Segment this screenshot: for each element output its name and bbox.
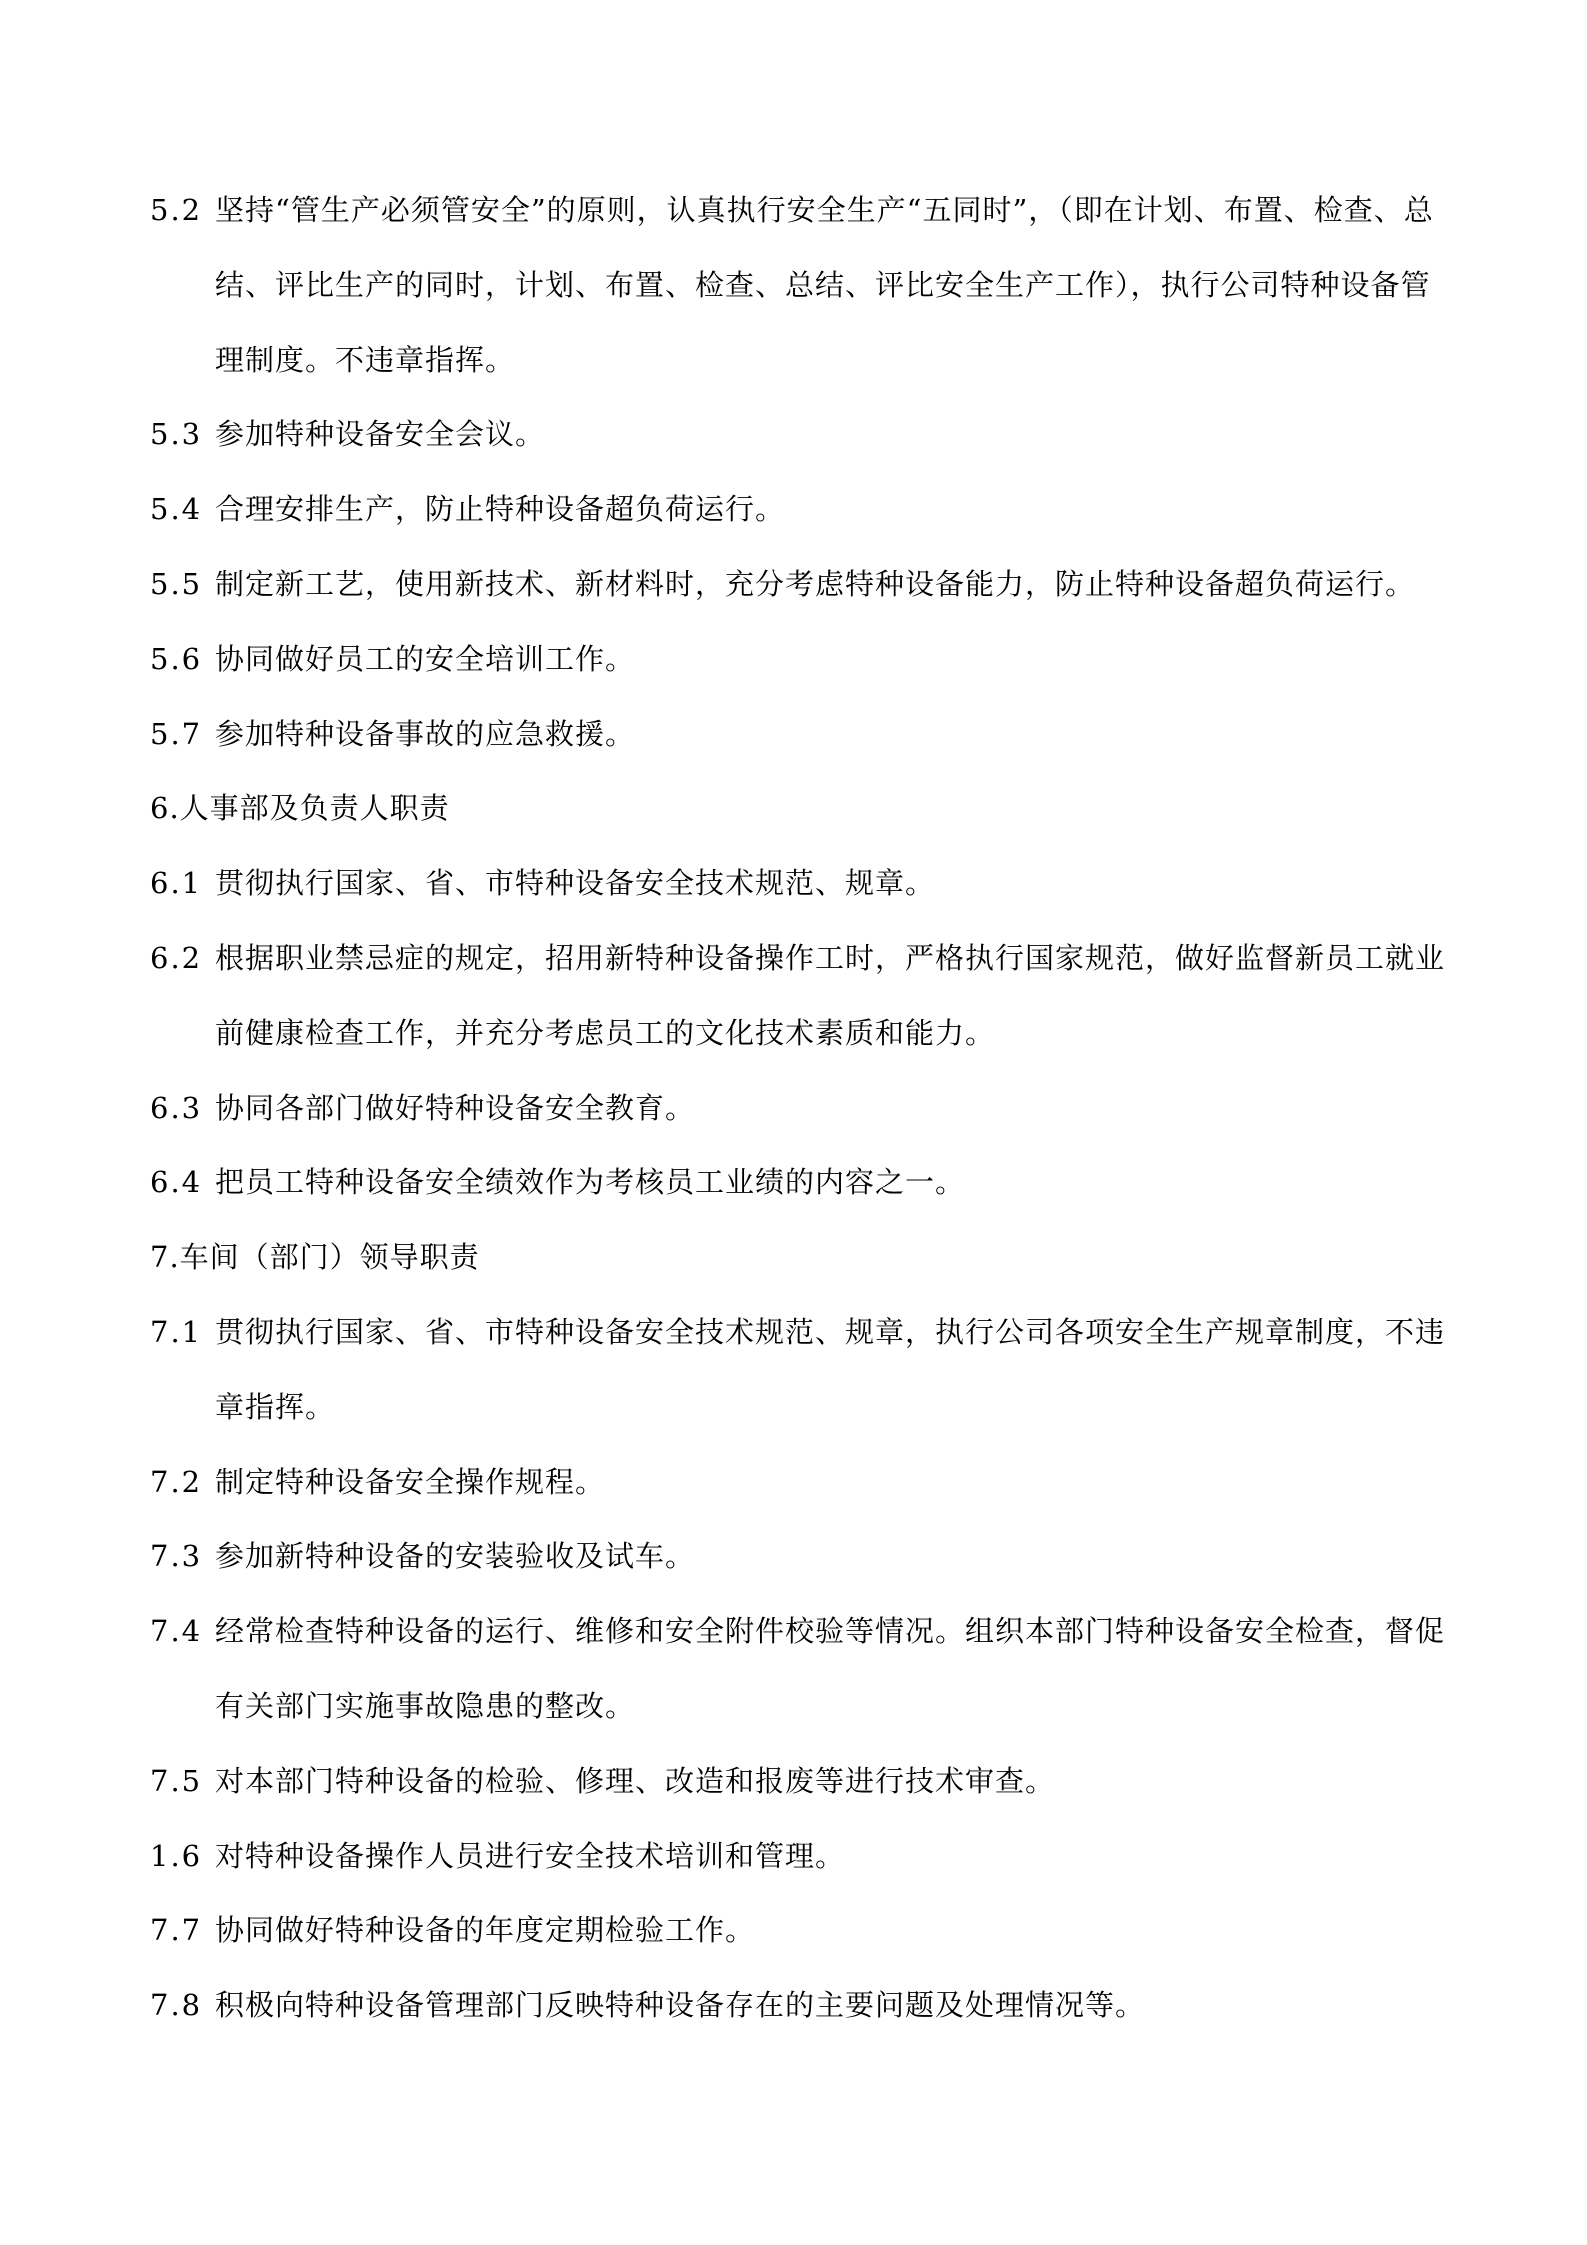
clause-text: 参加新特种设备的安装验收及试车。 — [215, 1519, 1450, 1594]
clause-number: 5.5 — [150, 547, 215, 622]
clause-text: 积极向特种设备管理部门反映特种设备存在的主要问题及处理情况等。 — [215, 1968, 1450, 2043]
clause-number: 5.2 — [150, 173, 215, 248]
clause-text: 参加特种设备事故的应急救援。 — [215, 697, 1450, 772]
clause-text: 把员工特种设备安全绩效作为考核员工业绩的内容之一。 — [215, 1145, 1450, 1220]
clause-text: 参加特种设备安全会议。 — [215, 397, 1450, 472]
clause-text: 合理安排生产，防止特种设备超负荷运行。 — [215, 472, 1450, 547]
clause-7-3: 7.3 参加新特种设备的安装验收及试车。 — [150, 1519, 1450, 1594]
clause-6-3: 6.3 协同各部门做好特种设备安全教育。 — [150, 1071, 1450, 1146]
clause-6-4: 6.4 把员工特种设备安全绩效作为考核员工业绩的内容之一。 — [150, 1145, 1450, 1220]
clause-number: 5.7 — [150, 697, 215, 772]
clause-5-2: 5.2 坚持“管生产必须管安全”的原则，认真执行安全生产“五同时”，（即在计划、… — [150, 173, 1450, 397]
clause-6-2: 6.2 根据职业禁忌症的规定，招用新特种设备操作工时，严格执行国家规范，做好监督… — [150, 921, 1450, 1071]
section-heading-6: 6.人事部及负责人职责 — [150, 771, 1450, 846]
clause-text: 根据职业禁忌症的规定，招用新特种设备操作工时，严格执行国家规范，做好监督新员工就… — [215, 921, 1450, 1071]
clause-text: 贯彻执行国家、省、市特种设备安全技术规范、规章。 — [215, 846, 1450, 921]
clause-7-4: 7.4 经常检查特种设备的运行、维修和安全附件校验等情况。组织本部门特种设备安全… — [150, 1594, 1450, 1744]
clause-7-5: 7.5 对本部门特种设备的检验、修理、改造和报废等进行技术审查。 — [150, 1744, 1450, 1819]
document-body: 5.2 坚持“管生产必须管安全”的原则，认真执行安全生产“五同时”，（即在计划、… — [150, 173, 1450, 2043]
clause-text: 协同做好员工的安全培训工作。 — [215, 622, 1450, 697]
clause-number: 5.3 — [150, 397, 215, 472]
clause-5-3: 5.3 参加特种设备安全会议。 — [150, 397, 1450, 472]
clause-5-5: 5.5 制定新工艺，使用新技术、新材料时，充分考虑特种设备能力，防止特种设备超负… — [150, 547, 1450, 622]
clause-7-2: 7.2 制定特种设备安全操作规程。 — [150, 1445, 1450, 1520]
clause-number: 5.6 — [150, 622, 215, 697]
document-page: 5.2 坚持“管生产必须管安全”的原则，认真执行安全生产“五同时”，（即在计划、… — [0, 0, 1587, 2245]
clause-text: 协同做好特种设备的年度定期检验工作。 — [215, 1893, 1450, 1968]
clause-number: 7.8 — [150, 1968, 215, 2043]
clause-5-4: 5.4 合理安排生产，防止特种设备超负荷运行。 — [150, 472, 1450, 547]
clause-text: 经常检查特种设备的运行、维修和安全附件校验等情况。组织本部门特种设备安全检查，督… — [215, 1594, 1450, 1744]
clause-number: 6.2 — [150, 921, 215, 996]
clause-text: 贯彻执行国家、省、市特种设备安全技术规范、规章，执行公司各项安全生产规章制度，不… — [215, 1295, 1450, 1445]
clause-text: 制定新工艺，使用新技术、新材料时，充分考虑特种设备能力，防止特种设备超负荷运行。 — [215, 547, 1450, 622]
clause-text: 制定特种设备安全操作规程。 — [215, 1445, 1450, 1520]
clause-number: 6.3 — [150, 1071, 215, 1146]
clause-7-8: 7.8 积极向特种设备管理部门反映特种设备存在的主要问题及处理情况等。 — [150, 1968, 1450, 2043]
clause-number: 7.5 — [150, 1744, 215, 1819]
clause-number: 7.3 — [150, 1519, 215, 1594]
clause-6-1: 6.1 贯彻执行国家、省、市特种设备安全技术规范、规章。 — [150, 846, 1450, 921]
clause-text: 对特种设备操作人员进行安全技术培训和管理。 — [215, 1819, 1450, 1894]
clause-5-6: 5.6 协同做好员工的安全培训工作。 — [150, 622, 1450, 697]
clause-5-7: 5.7 参加特种设备事故的应急救援。 — [150, 697, 1450, 772]
clause-number: 6.4 — [150, 1145, 215, 1220]
clause-number: 7.1 — [150, 1295, 215, 1370]
clause-7-1: 7.1 贯彻执行国家、省、市特种设备安全技术规范、规章，执行公司各项安全生产规章… — [150, 1295, 1450, 1445]
clause-7-7: 7.7 协同做好特种设备的年度定期检验工作。 — [150, 1893, 1450, 1968]
clause-number: 5.4 — [150, 472, 215, 547]
clause-text: 坚持“管生产必须管安全”的原则，认真执行安全生产“五同时”，（即在计划、布置、检… — [215, 173, 1450, 397]
clause-text: 协同各部门做好特种设备安全教育。 — [215, 1071, 1450, 1146]
clause-number: 6.1 — [150, 846, 215, 921]
section-heading-7: 7.车间（部门）领导职责 — [150, 1220, 1450, 1295]
clause-number: 7.4 — [150, 1594, 215, 1669]
clause-text: 对本部门特种设备的检验、修理、改造和报废等进行技术审查。 — [215, 1744, 1450, 1819]
clause-number: 7.7 — [150, 1893, 215, 1968]
clause-number: 7.2 — [150, 1445, 215, 1520]
clause-number: 1.6 — [150, 1819, 215, 1894]
clause-7-6: 1.6 对特种设备操作人员进行安全技术培训和管理。 — [150, 1819, 1450, 1894]
